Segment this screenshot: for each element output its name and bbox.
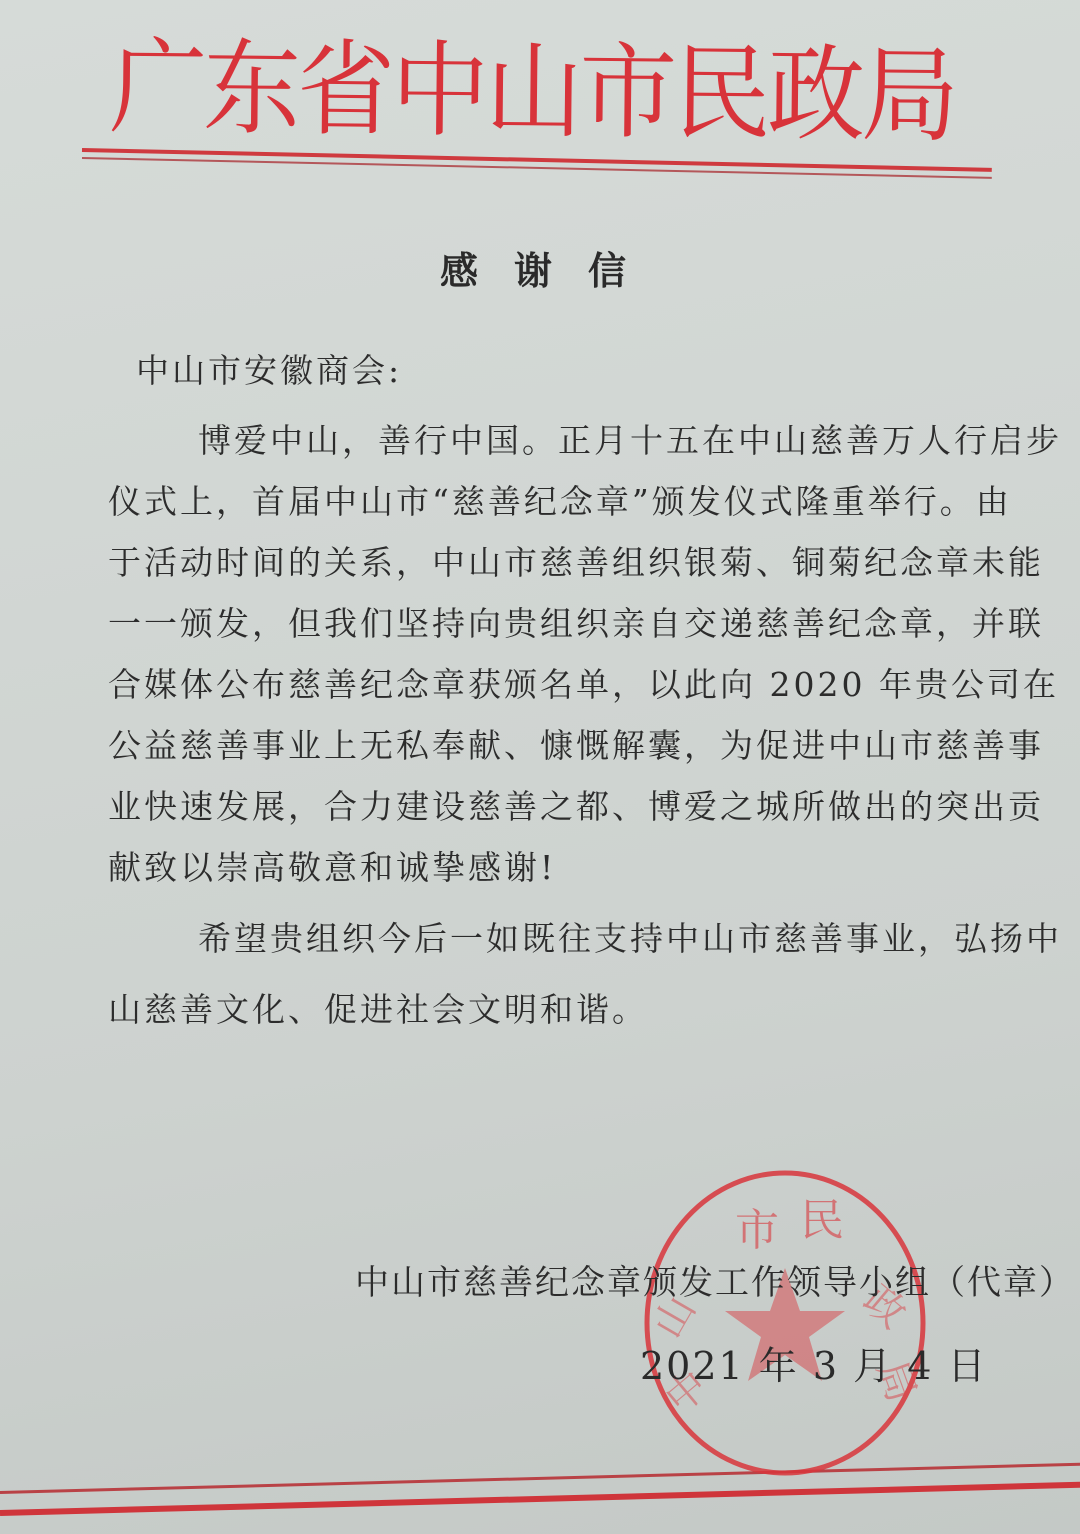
date-line: 2021 年 3 月 4 日 xyxy=(640,1335,987,1390)
body-line: 希望贵组织今后一如既往支持中山市慈善事业，弘扬中 xyxy=(108,908,1038,969)
letterhead-title: 广东省中山市民政局 xyxy=(109,22,956,161)
body-line: 仪式上，首届中山市“慈善纪念章”颁发仪式隆重举行。由 xyxy=(108,471,1038,532)
body-line: 山慈善文化、促进社会文明和谐。 xyxy=(108,979,1038,1040)
official-seal-stamp: 市 民 政 局 山 中 xyxy=(640,1163,930,1478)
signature-line: 中山市慈善纪念章颁发工作领导小组（代章） xyxy=(355,1255,1075,1304)
body-line: 献致以崇高敬意和诚挚感谢! xyxy=(108,837,1038,898)
body-line: 于活动时间的关系，中山市慈善组织银菊、铜菊纪念章未能 xyxy=(108,532,1038,593)
body-line: 公益慈善事业上无私奉献、慷慨解囊，为促进中山市慈善事 xyxy=(108,715,1038,776)
letterhead: 广东省中山市民政局 xyxy=(109,22,970,171)
letter-body: 博爱中山，善行中国。正月十五在中山慈善万人行启步 仪式上，首届中山市“慈善纪念章… xyxy=(108,410,1038,1040)
body-line: 业快速发展，合力建设慈善之都、博爱之城所做出的突出贡 xyxy=(108,776,1038,837)
body-line: 一一颁发，但我们坚持向贵组织亲自交递慈善纪念章，并联 xyxy=(108,593,1038,654)
body-line: 博爱中山，善行中国。正月十五在中山慈善万人行启步 xyxy=(108,410,1038,471)
body-line: 合媒体公布慈善纪念章获颁名单，以此向 2020 年贵公司在 xyxy=(108,654,1038,715)
salutation: 中山市安徽商会: xyxy=(136,345,402,392)
stamp-char: 市 xyxy=(735,1205,779,1256)
stamp-char: 民 xyxy=(800,1195,844,1246)
document-title: 感谢信 xyxy=(440,240,662,295)
